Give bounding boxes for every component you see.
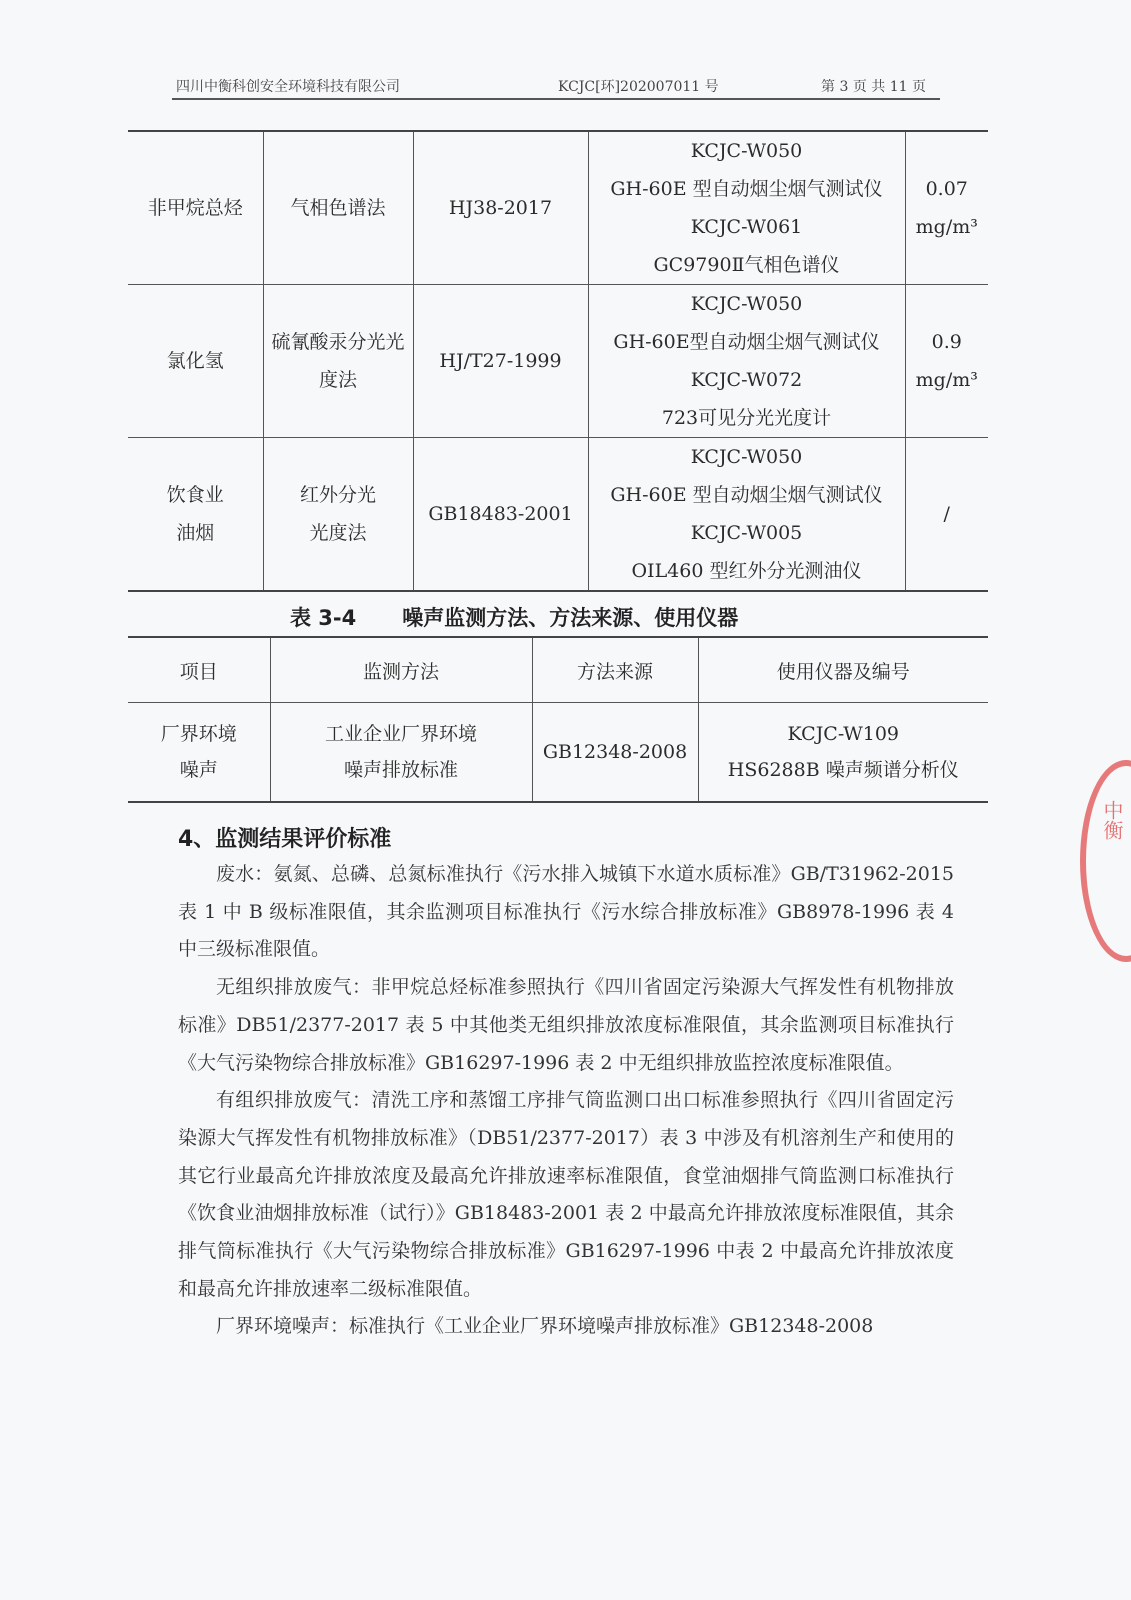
company-name: 四川中衡科创安全环境科技有限公司	[176, 76, 400, 96]
seal-text: 中衡	[1098, 800, 1127, 840]
item-text: 饮食业油烟	[167, 484, 224, 544]
instrument-line: 723可见分光光度计	[589, 399, 905, 437]
header-method: 监测方法	[270, 637, 532, 703]
source-cell: HJ/T27-1999	[413, 285, 588, 438]
method-text: 硫氰酸汞分光光度法	[272, 331, 405, 391]
detection-limit-cell: 0.07 mg/m³	[905, 131, 988, 285]
detection-limit-cell: /	[905, 438, 988, 592]
method-cell: 工业企业厂界环境 噪声排放标准	[270, 703, 532, 803]
header-instrument: 使用仪器及编号	[698, 637, 988, 703]
source-cell: GB18483-2001	[413, 438, 588, 592]
instrument-line: OIL460 型红外分光测油仪	[589, 552, 905, 590]
method-cell: 红外分光光度法	[263, 438, 413, 592]
limit-value: 0.07	[906, 170, 989, 208]
item-cell: 厂界环境 噪声	[128, 703, 270, 803]
instrument-line: GH-60E型自动烟尘烟气测试仪	[589, 323, 905, 361]
header-source: 方法来源	[532, 637, 698, 703]
table-row: 饮食业油烟 红外分光光度法 GB18483-2001 KCJC-W050 GH-…	[128, 438, 988, 592]
instrument-line: GH-60E 型自动烟尘烟气测试仪	[589, 476, 905, 514]
paragraph-wastewater: 废水：氨氮、总磷、总氮标准执行《污水排入城镇下水道水质标准》GB/T31962-…	[178, 856, 954, 969]
instrument-line: KCJC-W061	[589, 208, 905, 246]
instrument-cell: KCJC-W109 HS6288B 噪声频谱分析仪	[698, 703, 988, 803]
noise-methods-table: 项目 监测方法 方法来源 使用仪器及编号 厂界环境 噪声 工业企业厂界环境 噪声…	[128, 636, 988, 803]
source-cell: GB12348-2008	[532, 703, 698, 803]
instrument-line: HS6288B 噪声频谱分析仪	[699, 752, 989, 788]
instrument-line: KCJC-W050	[589, 132, 905, 170]
table-caption: 表 3-4噪声监测方法、方法来源、使用仪器	[290, 602, 738, 632]
instrument-cell: KCJC-W050 GH-60E 型自动烟尘烟气测试仪 KCJC-W061 GC…	[588, 131, 905, 285]
limit-value: 0.9	[906, 323, 989, 361]
page-number: 第 3 页 共 11 页	[821, 76, 926, 96]
method-line: 工业企业厂界环境	[271, 716, 532, 752]
method-line: 噪声排放标准	[271, 752, 532, 788]
table-header-row: 项目 监测方法 方法来源 使用仪器及编号	[128, 637, 988, 703]
item-line: 厂界环境	[128, 716, 270, 752]
item-cell: 氯化氢	[128, 285, 263, 438]
section-body: 废水：氨氮、总磷、总氮标准执行《污水排入城镇下水道水质标准》GB/T31962-…	[178, 856, 954, 1346]
method-cell: 气相色谱法	[263, 131, 413, 285]
paragraph-noise: 厂界环境噪声：标准执行《工业企业厂界环境噪声排放标准》GB12348-2008	[178, 1308, 954, 1346]
caption-title: 噪声监测方法、方法来源、使用仪器	[402, 606, 738, 630]
instrument-line: GC9790Ⅱ气相色谱仪	[589, 246, 905, 284]
instrument-cell: KCJC-W050 GH-60E型自动烟尘烟气测试仪 KCJC-W072 723…	[588, 285, 905, 438]
header-item: 项目	[128, 637, 270, 703]
instrument-cell: KCJC-W050 GH-60E 型自动烟尘烟气测试仪 KCJC-W005 OI…	[588, 438, 905, 592]
instrument-line: KCJC-W109	[699, 716, 989, 752]
page-header: 四川中衡科创安全环境科技有限公司 KCJC[环]202007011 号 第 3 …	[172, 74, 940, 100]
method-text: 红外分光光度法	[300, 484, 376, 544]
item-cell: 非甲烷总烃	[128, 131, 263, 285]
table-row: 非甲烷总烃 气相色谱法 HJ38-2017 KCJC-W050 GH-60E 型…	[128, 131, 988, 285]
table-row: 厂界环境 噪声 工业企业厂界环境 噪声排放标准 GB12348-2008 KCJ…	[128, 703, 988, 803]
limit-unit: mg/m³	[906, 208, 989, 246]
limit-unit: mg/m³	[906, 361, 989, 399]
method-cell: 硫氰酸汞分光光度法	[263, 285, 413, 438]
instrument-line: KCJC-W050	[589, 438, 905, 476]
instrument-line: GH-60E 型自动烟尘烟气测试仪	[589, 170, 905, 208]
source-cell: HJ38-2017	[413, 131, 588, 285]
instrument-line: KCJC-W072	[589, 361, 905, 399]
paragraph-organized-gas: 有组织排放废气：清洗工序和蒸馏工序排气筒监测口出口标准参照执行《四川省固定污染源…	[178, 1082, 954, 1308]
paragraph-fugitive-gas: 无组织排放废气：非甲烷总烃标准参照执行《四川省固定污染源大气挥发性有机物排放标准…	[178, 969, 954, 1082]
methods-table-continued: 非甲烷总烃 气相色谱法 HJ38-2017 KCJC-W050 GH-60E 型…	[128, 130, 988, 592]
document-number: KCJC[环]202007011 号	[558, 76, 719, 96]
detection-limit-cell: 0.9 mg/m³	[905, 285, 988, 438]
instrument-line: KCJC-W050	[589, 285, 905, 323]
item-cell: 饮食业油烟	[128, 438, 263, 592]
item-line: 噪声	[128, 752, 270, 788]
section-title: 4、监测结果评价标准	[178, 822, 391, 853]
caption-number: 表 3-4	[290, 606, 356, 630]
table-row: 氯化氢 硫氰酸汞分光光度法 HJ/T27-1999 KCJC-W050 GH-6…	[128, 285, 988, 438]
instrument-line: KCJC-W005	[589, 514, 905, 552]
official-seal-icon	[1080, 760, 1131, 962]
